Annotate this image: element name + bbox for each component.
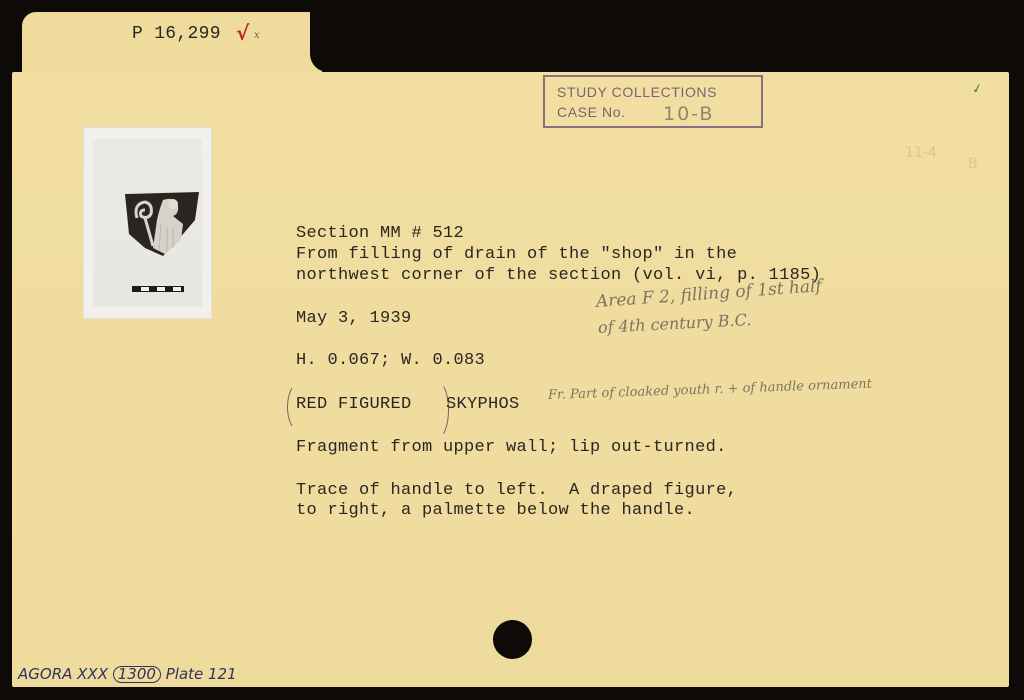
catalog-number-circled: 1300 bbox=[113, 666, 161, 683]
publication-name: AGORA XXX bbox=[18, 665, 108, 683]
publication-reference: AGORA XXX 1300 Plate 121 bbox=[18, 665, 237, 683]
stamp-case-label: CASE No. bbox=[557, 104, 626, 120]
section-number: Section MM # 512 bbox=[296, 224, 464, 245]
punch-hole bbox=[493, 620, 532, 659]
provenance-line: From filling of drain of the "shop" in t… bbox=[296, 245, 737, 266]
scale-bar bbox=[132, 286, 184, 292]
excavation-date: May 3, 1939 bbox=[296, 309, 412, 330]
description-line: Fragment from upper wall; lip out-turned… bbox=[296, 438, 727, 459]
stamp-title: STUDY COLLECTIONS bbox=[557, 84, 717, 100]
inventory-number: P 16,299 bbox=[132, 24, 221, 44]
background bbox=[0, 40, 24, 72]
faint-pencil-note: B bbox=[968, 156, 978, 172]
ware-type: RED FIGURED bbox=[296, 395, 412, 416]
catalog-card-scan: P 16,299 √ x STUDY COLLECTIONS CASE No. … bbox=[0, 0, 1024, 700]
artifact-photo bbox=[83, 127, 212, 319]
stamp-case-number: 10-B bbox=[663, 103, 714, 125]
red-check-mark-icon: √ bbox=[236, 21, 249, 45]
description-line: to right, a palmette below the handle. bbox=[296, 501, 695, 522]
faint-pencil-note: 11-4 bbox=[905, 145, 937, 161]
study-collections-stamp: STUDY COLLECTIONS CASE No. 10-B bbox=[543, 75, 763, 128]
tiny-pencil-mark: x bbox=[254, 30, 260, 41]
background bbox=[310, 0, 340, 72]
vessel-shape: SKYPHOS bbox=[446, 395, 520, 414]
dimensions: H. 0.067; W. 0.083 bbox=[296, 351, 485, 372]
plate-number: Plate 121 bbox=[166, 665, 237, 683]
skyphos-fragment-image bbox=[123, 190, 201, 258]
description-line: Trace of handle to left. A draped figure… bbox=[296, 481, 737, 502]
